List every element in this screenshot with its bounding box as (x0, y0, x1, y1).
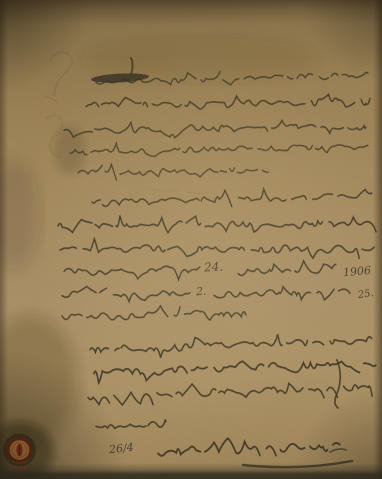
handwritten-year-number: 1906 (343, 265, 372, 278)
handwritten-small-number: 2. (196, 286, 207, 298)
manuscript-photo: BPAD DIY 24. 1906 2. 25. 26/4 (0, 0, 382, 479)
seal-text-diy: DIY (13, 471, 25, 477)
signature-date: 26/4 (108, 442, 134, 456)
manuscript-art-layer: BPAD DIY (0, 0, 382, 479)
handwritten-day-number: 24. (204, 261, 224, 274)
seal-text-bpad: BPAD (10, 466, 29, 472)
